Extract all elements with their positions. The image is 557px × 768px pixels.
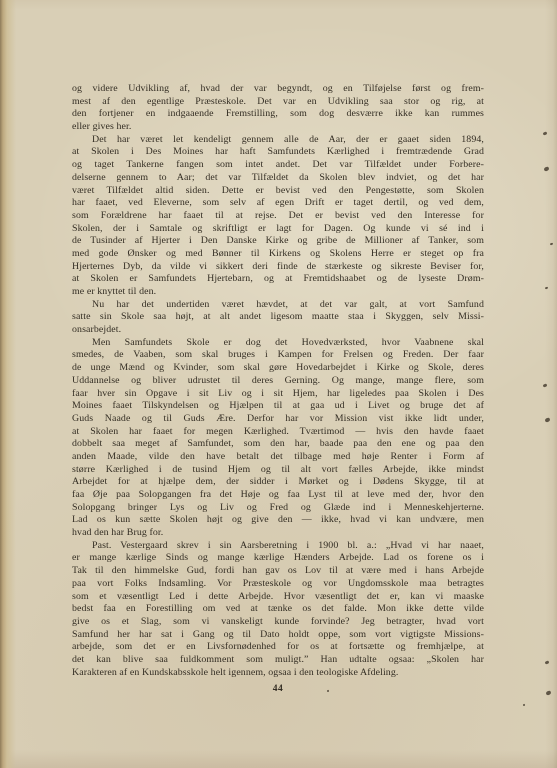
paragraph: Nu har det undertiden været hævdet, at d… (72, 299, 484, 337)
scan-speck-icon (544, 166, 550, 171)
text-line: Moines faaet Tilskyndelsen og Hjælpen ti… (72, 400, 484, 413)
text-line: Nu har det undertiden været hævdet, at d… (72, 299, 484, 312)
text-line: og taget Tankerne fangen som intet andet… (72, 159, 484, 172)
text-line: været Tilfældet altid siden. Dette er be… (72, 185, 484, 198)
text-line: Uddannelse og bliver udrustet til deres … (72, 375, 484, 388)
page-number: 44 (72, 684, 484, 694)
scan-speck-icon (550, 243, 553, 246)
text-line: de Tusinder af Hjerter i Den Danske Kirk… (72, 235, 484, 248)
text-line: Tak til den himmelske Gud, fordi han gav… (72, 565, 484, 578)
text-line: Det har været let kendeligt gennem alle … (72, 134, 484, 147)
scan-speck-icon (545, 287, 548, 290)
text-line: Solopgang bringer Lys og Liv og Fred og … (72, 502, 484, 515)
text-line: Men Samfundets Skole er dog det Hovedvær… (72, 337, 484, 350)
text-line: større Kærlighed i de tusind Hjem og til… (72, 464, 484, 477)
text-line: onsarbejdet. (72, 324, 484, 337)
text-line: paa vort Folks Indsamling. Vor Præstesko… (72, 578, 484, 591)
text-line: som et væsentligt Led i dette Arbejde. H… (72, 591, 484, 604)
text-line: hvad den har Brug for. (72, 527, 484, 540)
text-line: anden Maade, vilde den have betalt det t… (72, 451, 484, 464)
text-line: at Skolen har faaet for megen Kærlighed.… (72, 426, 484, 439)
text-line: me er knyttet til den. (72, 286, 484, 299)
text-line: eller gives her. (72, 121, 484, 134)
text-line: faar hver sin Opgave i sit Liv og i sit … (72, 388, 484, 401)
paragraph: og videre Udvikling af, hvad der var beg… (72, 83, 484, 134)
text-line: Samfund her har sat i Gang og til Dato h… (72, 629, 484, 642)
text-line: Hjerternes Dyb, da vilde vi sikkert deri… (72, 261, 484, 274)
text-line: Guds Naade og til Guds Ære. Derfor har v… (72, 413, 484, 426)
book-page: og videre Udvikling af, hvad der var beg… (0, 0, 557, 768)
text-line: smedes, de Vaaben, som skal bruges i Kam… (72, 349, 484, 362)
scan-speck-icon (523, 704, 526, 707)
text-line: med gode Ønsker og med Bønner til Kirken… (72, 248, 484, 261)
text-line: er mange kærlige Sinds og mange kærlige … (72, 552, 484, 565)
text-line: Arbejdet for at hjælpe dem, der sidder i… (72, 476, 484, 489)
text-line: og videre Udvikling af, hvad der var beg… (72, 83, 484, 96)
text-line: Skolen, der i Samtale og skriftligt er l… (72, 223, 484, 236)
text-line: bedst faa en Forestilling om ved at tænk… (72, 603, 484, 616)
text-line: delserne gennem to Aar; det var Tilfælde… (72, 172, 484, 185)
scan-speck-icon (545, 417, 551, 422)
text-line: som Forældrene har faaet til at rejse. D… (72, 210, 484, 223)
text-line: dobbelt saa meget af Samfundet, som den … (72, 438, 484, 451)
text-line: mest af den egentlige Præsteskole. Det v… (72, 96, 484, 109)
text-line: satte sin Skole saa højt, at alt andet l… (72, 311, 484, 324)
text-line: Lad os kun sætte Skolen højt og give den… (72, 514, 484, 527)
text-line: Past. Vestergaard skrev i sin Aarsberetn… (72, 540, 484, 553)
scan-speck-icon (546, 690, 552, 695)
text-line: at Skolen i Des Moines har haft Samfunde… (72, 146, 484, 159)
text-line: har faaet, ved Eleverne, som selv af ege… (72, 197, 484, 210)
text-line: den fortjener en indgaaende Fremstilling… (72, 108, 484, 121)
text-line: de unge Mænd og Kvinder, som skal gøre H… (72, 362, 484, 375)
text-line: arbejde, som det er en Livsfornødenhed f… (72, 641, 484, 654)
scan-speck-icon (543, 383, 548, 387)
paragraph: Men Samfundets Skole er dog det Hovedvær… (72, 337, 484, 540)
text-line: Karakteren af en Kundskabsskole helt ige… (72, 667, 484, 680)
paragraph: Det har været let kendeligt gennem alle … (72, 134, 484, 299)
paragraph: Past. Vestergaard skrev i sin Aarsberetn… (72, 540, 484, 680)
page-text: og videre Udvikling af, hvad der var beg… (72, 83, 484, 679)
text-line: give os et Slag, som vi vanskeligt kunde… (72, 616, 484, 629)
scan-speck-icon (545, 660, 550, 664)
text-line: faa Øje paa Solopgangen fra det Høje og … (72, 489, 484, 502)
scan-speck-icon (543, 131, 548, 135)
text-line: det kan blive saa fuldkomment som muligt… (72, 654, 484, 667)
text-line: at Skolen er Samfundets Hjertebarn, og a… (72, 273, 484, 286)
